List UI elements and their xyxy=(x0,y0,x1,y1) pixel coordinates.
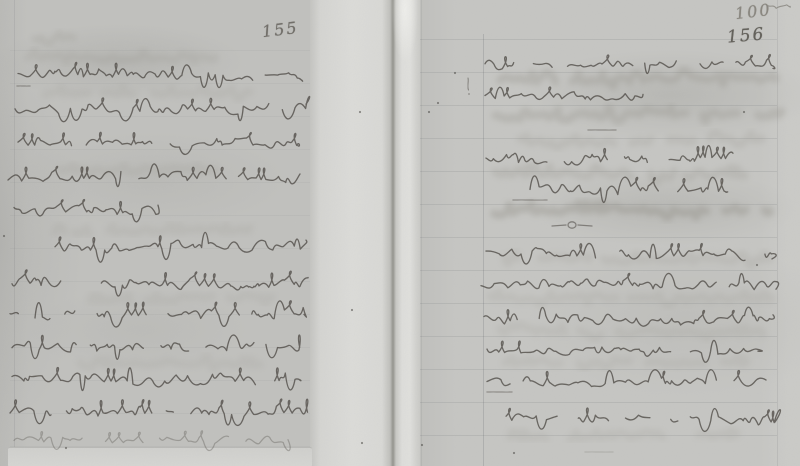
grain-overlay xyxy=(0,0,800,466)
manuscript-scan: 155 100 156 xyxy=(0,0,800,466)
